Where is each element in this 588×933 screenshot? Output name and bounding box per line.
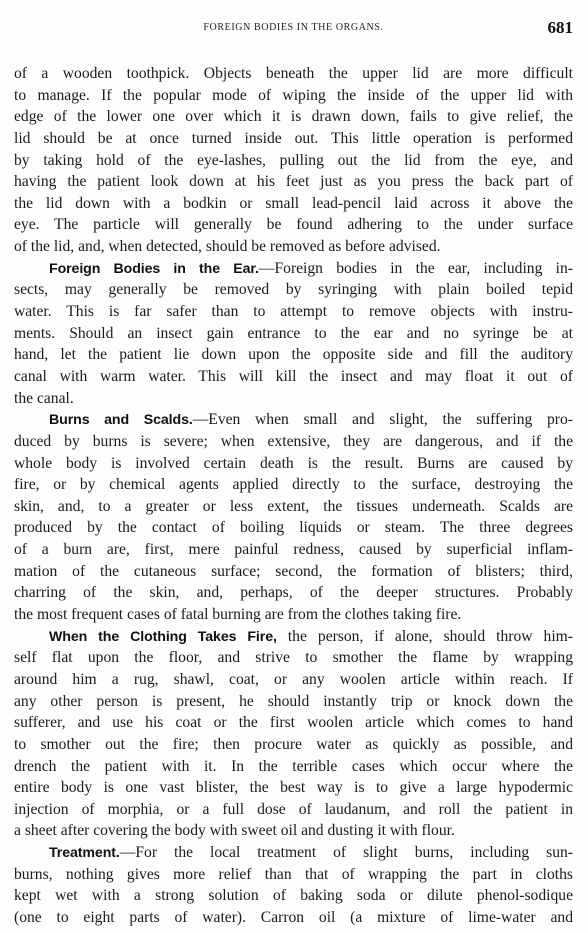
- running-header: FOREIGN BODIES IN THE ORGANS. 681: [14, 18, 573, 38]
- text-run: —Even when small and slight, the sufferi…: [193, 411, 573, 428]
- text-line: self flat upon the floor, and strive to …: [14, 647, 573, 669]
- text-line: mation of the cutaneous surface; second,…: [14, 561, 573, 583]
- paragraph-clothing-takes-fire: When the Clothing Takes Fire, the person…: [14, 626, 573, 842]
- text-line: sufferer, and use his coat or the first …: [14, 712, 573, 734]
- text-line: ments. Should an insect gain entrance to…: [14, 323, 573, 345]
- text-run: —Foreign bodies in the ear, including in…: [259, 260, 573, 277]
- text-line: by taking hold of the eye-lashes, pullin…: [14, 150, 573, 172]
- section-heading-clothing-fire: When the Clothing Takes Fire,: [49, 629, 277, 645]
- text-line: kept wet with a strong solution of bakin…: [14, 885, 573, 907]
- paragraph-foreign-bodies-ear: Foreign Bodies in the Ear.—Foreign bodie…: [14, 258, 573, 409]
- body-text: of a wooden toothpick. Objects beneath t…: [14, 63, 573, 929]
- text-line: having the patient look down at his feet…: [14, 171, 573, 193]
- page-number: 681: [548, 18, 574, 38]
- text-line: the canal.: [14, 388, 573, 410]
- text-line-first: Burns and Scalds.—Even when small and sl…: [14, 409, 573, 431]
- section-heading-ear: Foreign Bodies in the Ear.: [49, 261, 259, 277]
- text-line: injection of morphia, or a full dose of …: [14, 799, 573, 821]
- text-line: any other person is present, he should i…: [14, 691, 573, 713]
- text-line: a sheet after covering the body with swe…: [14, 820, 573, 842]
- text-line: of a burn are, first, mere painful redne…: [14, 539, 573, 561]
- text-line: the most frequent cases of fatal burning…: [14, 604, 573, 626]
- text-line: the lid down with a bodkin or small lead…: [14, 193, 573, 215]
- text-line: drench the patient with it. In the terri…: [14, 756, 573, 778]
- text-line-first: Treatment.—For the local treatment of sl…: [14, 842, 573, 864]
- text-line: entire body is one vast blister, the bes…: [14, 777, 573, 799]
- text-line: sects, may generally be removed by syrin…: [14, 279, 573, 301]
- text-line-first: Foreign Bodies in the Ear.—Foreign bodie…: [14, 258, 573, 280]
- text-run: —For the local treatment of slight burns…: [120, 844, 573, 861]
- text-line: produced by the contact of boiling liqui…: [14, 517, 573, 539]
- text-line: burns, nothing gives more relief than th…: [14, 864, 573, 886]
- text-line: edge of the lower one over which it is d…: [14, 106, 573, 128]
- text-line: duced by burns is severe; when extensive…: [14, 431, 573, 453]
- paragraph-burns-and-scalds: Burns and Scalds.—Even when small and sl…: [14, 409, 573, 625]
- paragraph-eye-continuation: of a wooden toothpick. Objects beneath t…: [14, 63, 573, 258]
- text-line: to manage. If the popular mode of wiping…: [14, 85, 573, 107]
- section-heading-burns: Burns and Scalds.: [49, 412, 193, 428]
- text-line: of a wooden toothpick. Objects beneath t…: [14, 63, 573, 85]
- running-title: FOREIGN BODIES IN THE ORGANS.: [14, 22, 573, 33]
- text-line: canal with warm water. This will kill th…: [14, 366, 573, 388]
- text-line: around him a rug, shawl, coat, or any wo…: [14, 669, 573, 691]
- text-line-first: When the Clothing Takes Fire, the person…: [14, 626, 573, 648]
- text-line: hand, let the patient lie down upon the …: [14, 344, 573, 366]
- paragraph-treatment: Treatment.—For the local treatment of sl…: [14, 842, 573, 929]
- text-line: lid should be at once turned inside out.…: [14, 128, 573, 150]
- text-line: skin, and, to a greater or less extent, …: [14, 496, 573, 518]
- text-line: to smother out the fire; then procure wa…: [14, 734, 573, 756]
- text-line: charring of the skin, and, perhaps, of t…: [14, 582, 573, 604]
- section-heading-treatment: Treatment.: [49, 845, 120, 861]
- text-line: water. This is far safer than to attempt…: [14, 301, 573, 323]
- text-line: eye. The particle will generally be foun…: [14, 214, 573, 236]
- text-line: whole body is involved certain death is …: [14, 453, 573, 475]
- text-run: the person, if alone, should throw him-: [277, 628, 573, 645]
- text-line: (one to eight parts of water). Carron oi…: [14, 907, 573, 929]
- text-line: of the lid, and, when detected, should b…: [14, 236, 573, 258]
- text-line: fire, or by chemical agents applied dire…: [14, 474, 573, 496]
- book-page: FOREIGN BODIES IN THE ORGANS. 681 of a w…: [0, 0, 588, 933]
